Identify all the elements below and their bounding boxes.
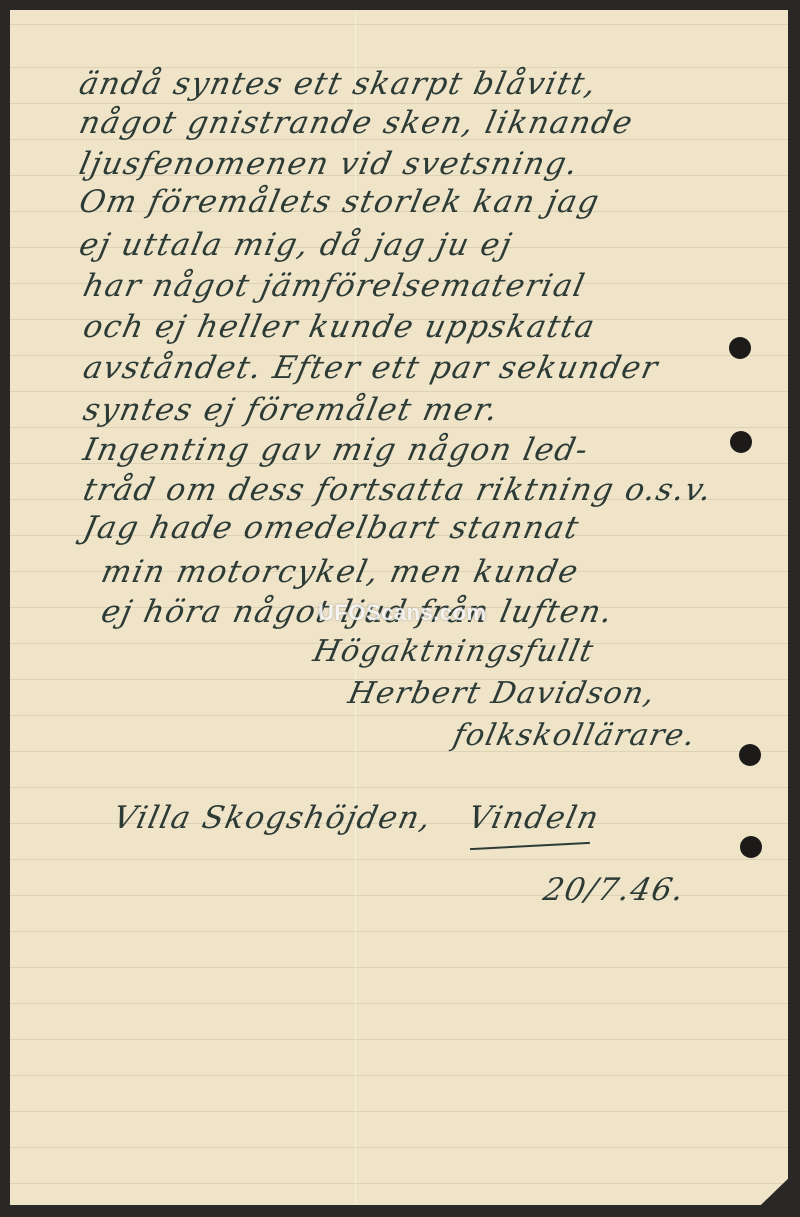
punch-hole-1 <box>729 337 751 359</box>
body-line-4: Om föremålets storlek kan jag <box>76 184 603 220</box>
body-line-8: avståndet. Efter ett par sekunder <box>80 350 662 386</box>
punch-hole-3 <box>739 744 761 766</box>
place-underline <box>470 842 590 850</box>
punch-hole-2 <box>730 431 752 453</box>
letter-page: ändå syntes ett skarpt blåvitt, något gn… <box>10 10 788 1205</box>
signature-title: folkskollärare. <box>450 718 699 753</box>
scanned-document: ändå syntes ett skarpt blåvitt, något gn… <box>0 0 800 1217</box>
body-line-13: min motorcykel, men kunde <box>98 554 582 590</box>
body-line-11: tråd om dess fortsatta riktning o.s.v. <box>80 472 716 508</box>
closing-salutation: Högaktningsfullt <box>310 634 598 669</box>
body-line-9: syntes ej föremålet mer. <box>80 392 502 428</box>
punch-hole-4 <box>740 836 762 858</box>
body-line-12: Jag hade omedelbart stannat <box>80 510 583 546</box>
body-line-1: ändå syntes ett skarpt blåvitt, <box>76 66 600 102</box>
watermark: UFOScans.com <box>318 600 487 626</box>
body-line-5: ej uttala mig, då jag ju ej <box>76 227 516 263</box>
body-line-3: ljusfenomenen vid svetsning. <box>76 146 582 182</box>
address-place: Vindeln <box>465 800 603 836</box>
address-prefix: Villa Skogshöjden, <box>110 800 435 836</box>
letter-date: 20/7.46. <box>540 872 688 908</box>
body-line-2: något gnistrande sken, liknande <box>76 105 637 141</box>
body-line-7: och ej heller kunde uppskatta <box>80 309 599 345</box>
signature-name: Herbert Davidson, <box>345 676 659 711</box>
body-line-6: har något jämförelsematerial <box>80 268 589 304</box>
body-line-10: Ingenting gav mig någon led- <box>80 432 592 468</box>
